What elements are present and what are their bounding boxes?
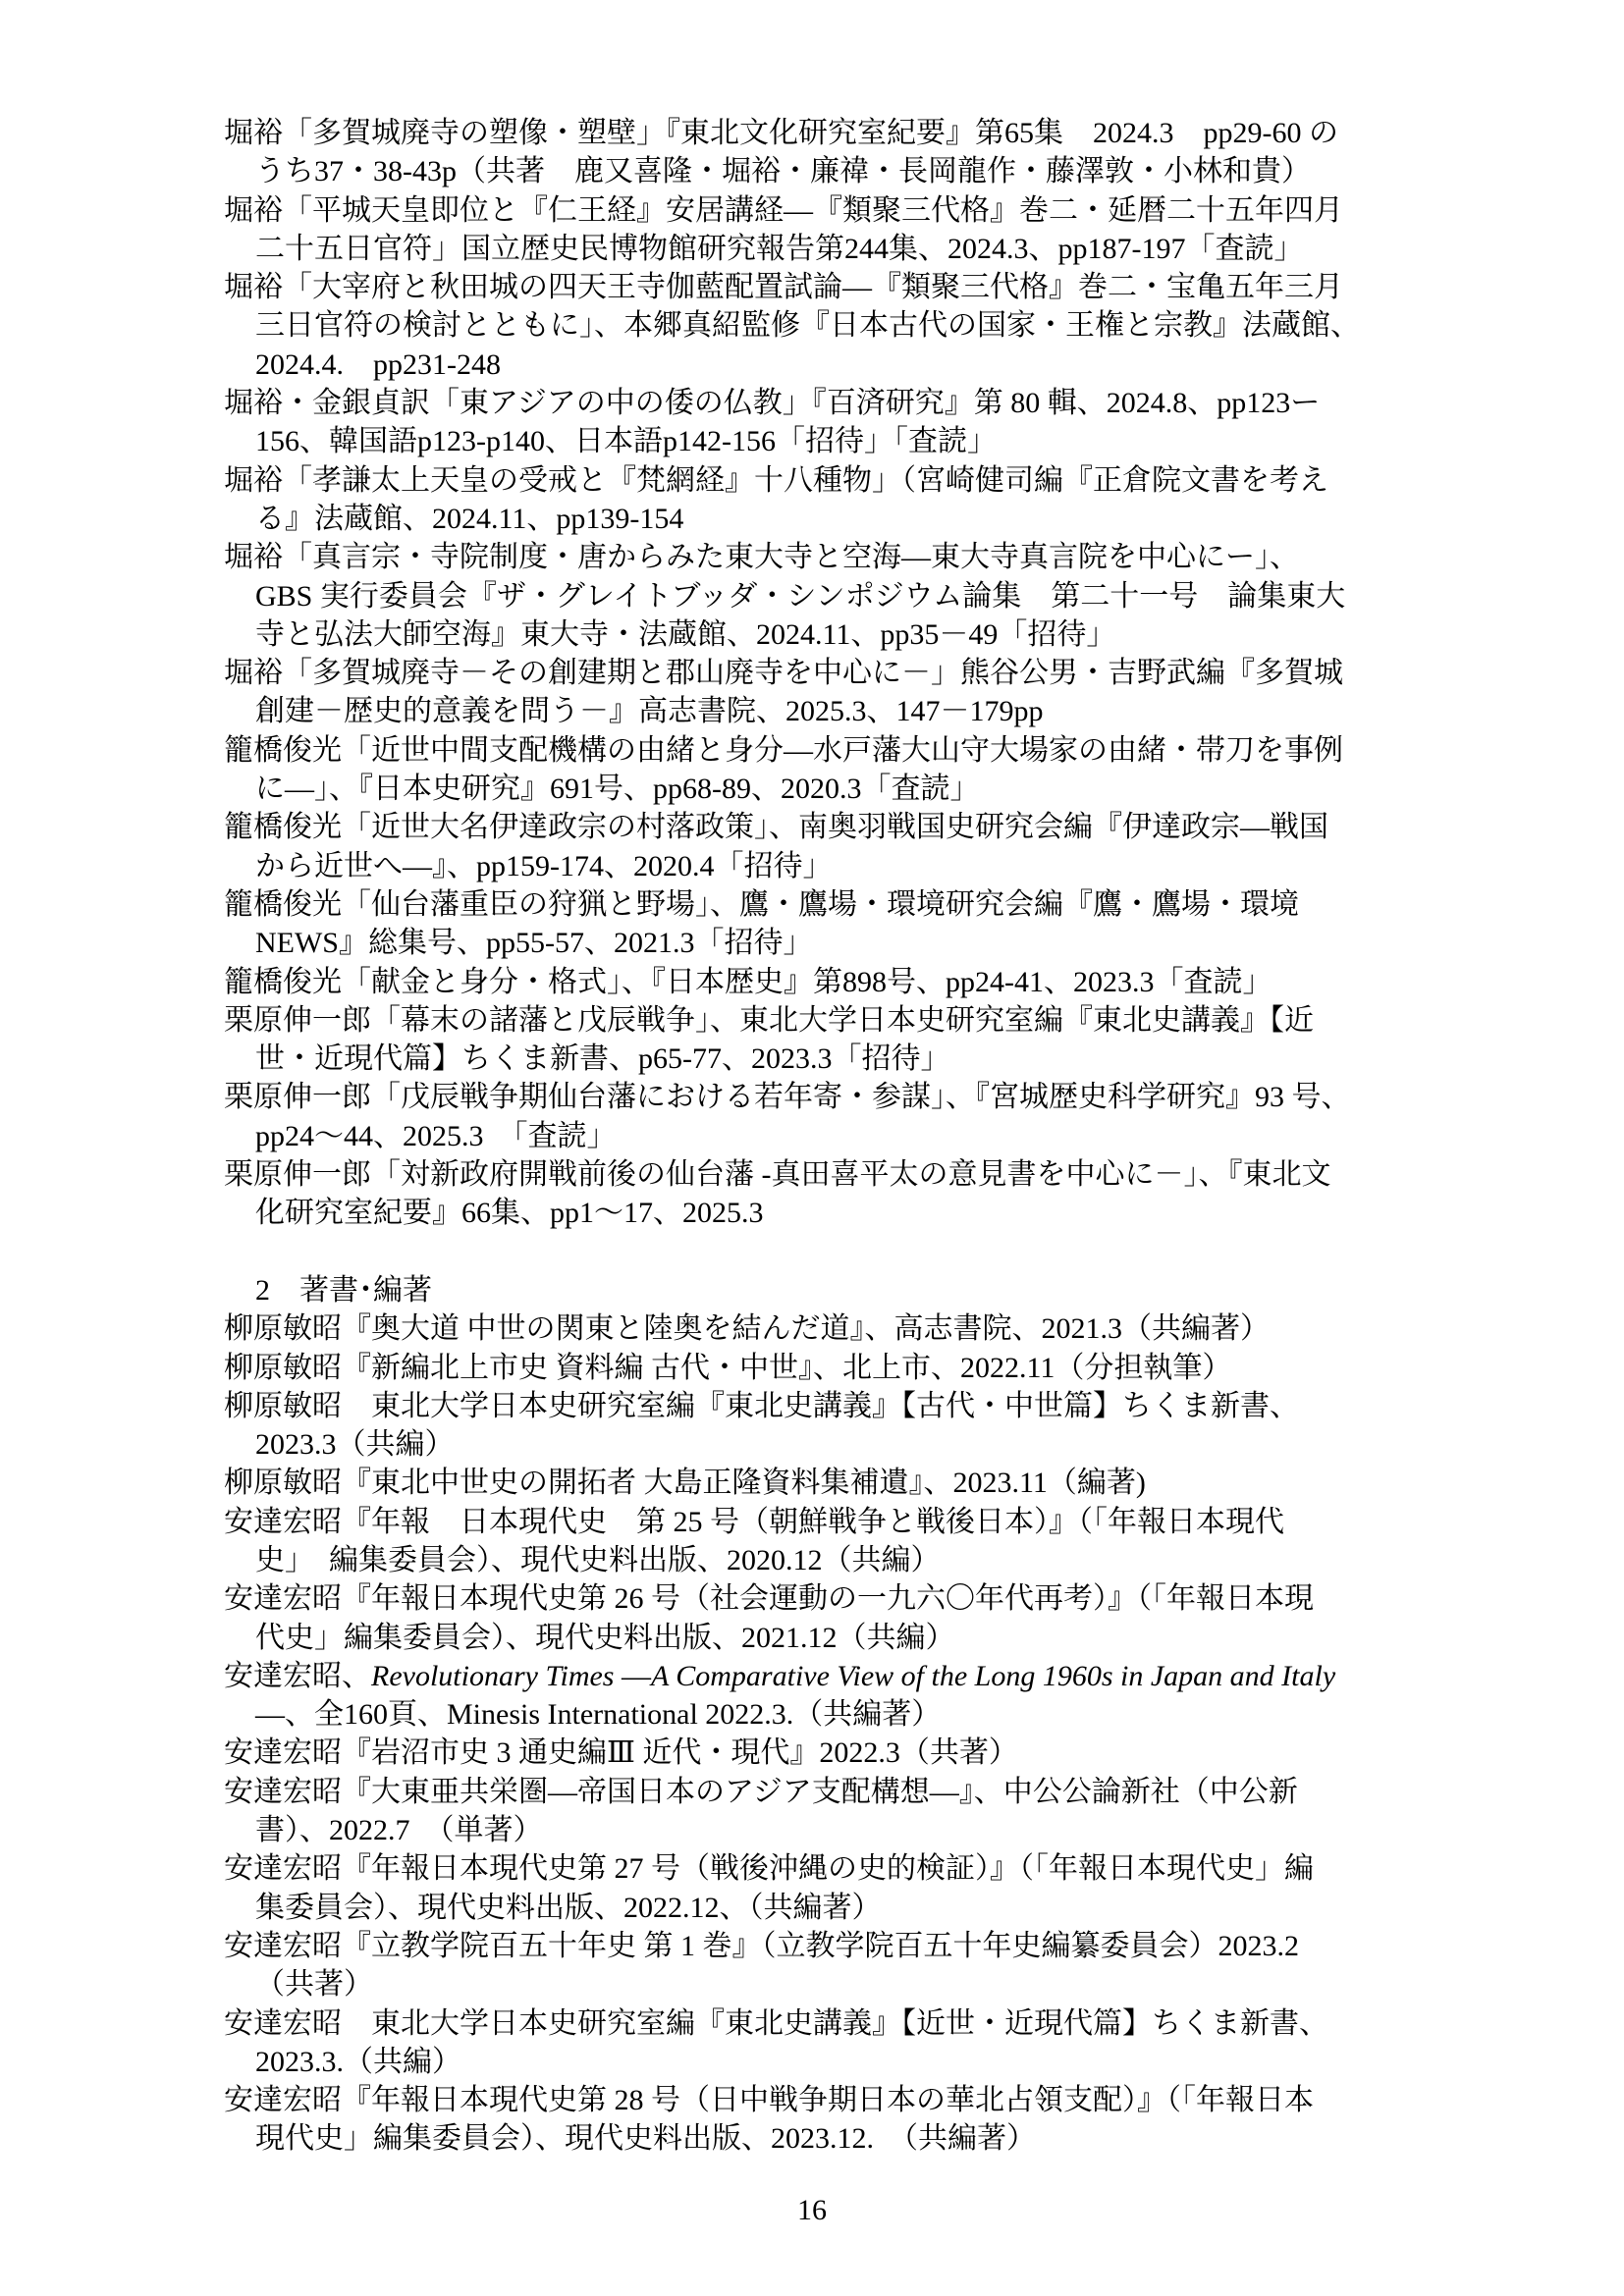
entry-line: 柳原敏昭『新編北上市史 資料編 古代・中世』、北上市、2022.11（分担執筆） [224, 1349, 1451, 1387]
entry-line: 栗原伸一郎「幕末の諸藩と戊辰戦争」、東北大学日本史研究室編『東北史講義』【近 [224, 1001, 1451, 1040]
entry-line: 世・近現代篇】ちくま新書、p65-77、2023.3「招待」 [224, 1040, 1451, 1078]
publication-entry: 安達宏昭『岩沼市史 3 通史編Ⅲ 近代・現代』2022.3（共著） [224, 1734, 1451, 1772]
entry-line: 代史」編集委員会）、現代史料出版、2021.12（共編） [224, 1619, 1451, 1657]
entry-line: から近世へ―』、pp159-174、2020.4「招待」 [224, 847, 1451, 885]
entry-line: うち37・38-43p（共著 鹿又喜隆・堀裕・廉禕・長岡龍作・藤澤敦・小林和貴） [224, 152, 1451, 190]
publication-entry: 籠橋俊光「近世中間支配機構の由緒と身分―水戸藩大山守大場家の由緒・帯刀を事例に―… [224, 731, 1451, 809]
entry-line: 籠橋俊光「献金と身分・格式」、『日本歴史』第898号、pp24-41、2023.… [224, 963, 1451, 1001]
publication-entry: 安達宏昭『年報日本現代史第 26 号（社会運動の一九六〇年代再考）』（「年報日本… [224, 1579, 1451, 1657]
entry-line: 寺と弘法大師空海』東大寺・法蔵館、2024.11、pp35－49「招待」 [224, 615, 1451, 654]
entry-line: （共著） [224, 1965, 1451, 2003]
publication-entry: 籠橋俊光「近世大名伊達政宗の村落政策」、南奥羽戦国史研究会編『伊達政宗―戦国から… [224, 808, 1451, 885]
entry-line: 堀裕「平城天皇即位と『仁王経』安居講経―『類聚三代格』巻二・延暦二十五年四月 [224, 191, 1451, 230]
entry-line: 156、韓国語p123-p140、日本語p142-156「招待」「査読」 [224, 422, 1451, 460]
publication-entry: 柳原敏昭『東北中世史の開拓者 大島正隆資料集補遺』、2023.11（編著) [224, 1464, 1451, 1502]
publication-entry: 籠橋俊光「献金と身分・格式」、『日本歴史』第898号、pp24-41、2023.… [224, 963, 1451, 1001]
publication-entry: 堀裕「孝謙太上天皇の受戒と『梵網経』十八種物」（宮崎健司編『正倉院文書を考える』… [224, 461, 1451, 539]
entry-line: 2023.3.（共編） [224, 2043, 1451, 2081]
entry-line: 安達宏昭『年報日本現代史第 27 号（戦後沖縄の史的検証）』（「年報日本現代史」… [224, 1849, 1451, 1888]
entry-line: る』法蔵館、2024.11、pp139-154 [224, 500, 1451, 538]
entry-line: 堀裕「孝謙太上天皇の受戒と『梵網経』十八種物」（宮崎健司編『正倉院文書を考え [224, 461, 1451, 500]
entry-line: 現代史」編集委員会）、現代史料出版、2023.12. （共編著） [224, 2119, 1451, 2158]
entry-line: 柳原敏昭『奥大道 中世の関東と陸奥を結んだ道』、高志書院、2021.3（共編著） [224, 1309, 1451, 1348]
publication-entry: 堀裕「多賀城廃寺－その創建期と郡山廃寺を中心に－」熊谷公男・吉野武編『多賀城創建… [224, 654, 1451, 731]
entry-line: 栗原伸一郎「戊辰戦争期仙台藩における若年寄・参謀」、『宮城歴史科学研究』93 号… [224, 1078, 1451, 1116]
publication-entry: 堀裕「多賀城廃寺の塑像・塑壁」『東北文化研究室紀要』第65集 2024.3 pp… [224, 114, 1451, 191]
publication-entry: 安達宏昭『年報日本現代史第 28 号（日中戦争期日本の華北占領支配）』（「年報日… [224, 2081, 1451, 2159]
entry-line: 堀裕「真言宗・寺院制度・唐からみた東大寺と空海―東大寺真言院を中心にー」、 [224, 538, 1451, 576]
entry-line: 安達宏昭、Revolutionary Times ―A Comparative … [224, 1657, 1451, 1695]
entry-line: ―、全160頁、Minesis International 2022.3.（共編… [224, 1695, 1451, 1734]
publication-entry: 栗原伸一郎「幕末の諸藩と戊辰戦争」、東北大学日本史研究室編『東北史講義』【近世・… [224, 1001, 1451, 1079]
document-page: 堀裕「多賀城廃寺の塑像・塑壁」『東北文化研究室紀要』第65集 2024.3 pp… [0, 0, 1624, 2296]
entry-line: 安達宏昭『岩沼市史 3 通史編Ⅲ 近代・現代』2022.3（共著） [224, 1734, 1451, 1772]
entry-line: 安達宏昭『年報 日本現代史 第 25 号（朝鮮戦争と戦後日本）』（「年報日本現代 [224, 1503, 1451, 1541]
publication-entry: 柳原敏昭『新編北上市史 資料編 古代・中世』、北上市、2022.11（分担執筆） [224, 1349, 1451, 1387]
entry-line: 堀裕「多賀城廃寺－その創建期と郡山廃寺を中心に－」熊谷公男・吉野武編『多賀城 [224, 654, 1451, 692]
entry-line: 三日官符の検討とともに」、本郷真紹監修『日本古代の国家・王権と宗教』法蔵館、 [224, 306, 1451, 345]
publication-entry: 安達宏昭 東北大学日本史研究室編『東北史講義』【近世・近現代篇】ちくま新書、20… [224, 2004, 1451, 2082]
entry-line: に―」、『日本史研究』691号、pp68-89、2020.3「査読」 [224, 770, 1451, 808]
entry-line: 2023.3（共編） [224, 1425, 1451, 1464]
publication-entry: 堀裕「真言宗・寺院制度・唐からみた東大寺と空海―東大寺真言院を中心にー」、GBS… [224, 538, 1451, 654]
articles-list: 堀裕「多賀城廃寺の塑像・塑壁」『東北文化研究室紀要』第65集 2024.3 pp… [224, 114, 1451, 1233]
books-list: 柳原敏昭『奥大道 中世の関東と陸奥を結んだ道』、高志書院、2021.3（共編著）… [224, 1309, 1451, 2159]
entry-line: 柳原敏昭 東北大学日本史研究室編『東北史講義』【古代・中世篇】ちくま新書、 [224, 1387, 1451, 1425]
entry-line: 柳原敏昭『東北中世史の開拓者 大島正隆資料集補遺』、2023.11（編著) [224, 1464, 1451, 1502]
entry-line: 栗原伸一郎「対新政府開戦前後の仙台藩 -真田喜平太の意見書を中心に－」、『東北文 [224, 1155, 1451, 1194]
publication-entry: 柳原敏昭 東北大学日本史研究室編『東北史講義』【古代・中世篇】ちくま新書、202… [224, 1387, 1451, 1465]
entry-line: 安達宏昭 東北大学日本史研究室編『東北史講義』【近世・近現代篇】ちくま新書、 [224, 2004, 1451, 2043]
entry-line: 籠橋俊光「仙台藩重臣の狩猟と野場」、鷹・鷹場・環境研究会編『鷹・鷹場・環境 [224, 885, 1451, 924]
entry-line: 集委員会）、現代史料出版、2022.12、（共編著） [224, 1889, 1451, 1927]
entry-line: 安達宏昭『立教学院百五十年史 第 1 巻』（立教学院百五十年史編纂委員会）202… [224, 1927, 1451, 1965]
publication-entry: 安達宏昭『年報日本現代史第 27 号（戦後沖縄の史的検証）』（「年報日本現代史」… [224, 1849, 1451, 1927]
publication-entry: 籠橋俊光「仙台藩重臣の狩猟と野場」、鷹・鷹場・環境研究会編『鷹・鷹場・環境NEW… [224, 885, 1451, 963]
section-heading: 2 著書･編著 [224, 1271, 1451, 1309]
entry-line: 史」 編集委員会）、現代史料出版、2020.12（共編） [224, 1541, 1451, 1579]
publications-content: 堀裕「多賀城廃寺の塑像・塑壁」『東北文化研究室紀要』第65集 2024.3 pp… [224, 114, 1451, 2159]
entry-line: 籠橋俊光「近世中間支配機構の由緒と身分―水戸藩大山守大場家の由緒・帯刀を事例 [224, 731, 1451, 770]
publication-entry: 堀裕「大宰府と秋田城の四天王寺伽藍配置試論―『類聚三代格』巻二・宝亀五年三月三日… [224, 268, 1451, 384]
entry-line: pp24～44、2025.3 「査読」 [224, 1117, 1451, 1155]
publication-entry: 安達宏昭『大東亜共栄圏―帝国日本のアジア支配構想―』、中公公論新社（中公新書）、… [224, 1773, 1451, 1850]
entry-line: NEWS』総集号、pp55-57、2021.3「招待」 [224, 924, 1451, 962]
publication-entry: 堀裕・金銀貞訳「東アジアの中の倭の仏教」『百済研究』第 80 輯、2024.8、… [224, 384, 1451, 461]
entry-line: 安達宏昭『年報日本現代史第 26 号（社会運動の一九六〇年代再考）』（「年報日本… [224, 1579, 1451, 1618]
publication-entry: 栗原伸一郎「対新政府開戦前後の仙台藩 -真田喜平太の意見書を中心に－」、『東北文… [224, 1155, 1451, 1233]
entry-line: 書）、2022.7 （単著） [224, 1811, 1451, 1849]
publication-entry: 安達宏昭、Revolutionary Times ―A Comparative … [224, 1657, 1451, 1735]
publication-entry: 安達宏昭『年報 日本現代史 第 25 号（朝鮮戦争と戦後日本）』（「年報日本現代… [224, 1503, 1451, 1580]
entry-line: 安達宏昭『大東亜共栄圏―帝国日本のアジア支配構想―』、中公公論新社（中公新 [224, 1773, 1451, 1811]
entry-line: 二十五日官符」国立歴史民博物館研究報告第244集、2024.3、pp187-19… [224, 230, 1451, 268]
entry-line: 籠橋俊光「近世大名伊達政宗の村落政策」、南奥羽戦国史研究会編『伊達政宗―戦国 [224, 808, 1451, 846]
entry-line: 堀裕・金銀貞訳「東アジアの中の倭の仏教」『百済研究』第 80 輯、2024.8、… [224, 384, 1451, 422]
entry-line: GBS 実行委員会『ザ・グレイトブッダ・シンポジウム論集 第二十一号 論集東大 [224, 577, 1451, 615]
italic-text-segment: Revolutionary Times ―A Comparative View … [371, 1660, 1335, 1692]
publication-entry: 安達宏昭『立教学院百五十年史 第 1 巻』（立教学院百五十年史編纂委員会）202… [224, 1927, 1451, 2004]
entry-line: 2024.4. pp231-248 [224, 346, 1451, 384]
entry-line: 創建－歴史的意義を問う－』高志書院、2025.3、147－179pp [224, 692, 1451, 730]
entry-line: 堀裕「大宰府と秋田城の四天王寺伽藍配置試論―『類聚三代格』巻二・宝亀五年三月 [224, 268, 1451, 306]
publication-entry: 栗原伸一郎「戊辰戦争期仙台藩における若年寄・参謀」、『宮城歴史科学研究』93 号… [224, 1078, 1451, 1155]
page-number: 16 [0, 2191, 1624, 2229]
publication-entry: 柳原敏昭『奥大道 中世の関東と陸奥を結んだ道』、高志書院、2021.3（共編著） [224, 1309, 1451, 1348]
publication-entry: 堀裕「平城天皇即位と『仁王経』安居講経―『類聚三代格』巻二・延暦二十五年四月二十… [224, 191, 1451, 269]
entry-line: 安達宏昭『年報日本現代史第 28 号（日中戦争期日本の華北占領支配）』（「年報日… [224, 2081, 1451, 2119]
text-segment: 安達宏昭、 [224, 1660, 371, 1692]
entry-line: 堀裕「多賀城廃寺の塑像・塑壁」『東北文化研究室紀要』第65集 2024.3 pp… [224, 114, 1451, 152]
entry-line: 化研究室紀要』66集、pp1～17、2025.3 [224, 1194, 1451, 1232]
